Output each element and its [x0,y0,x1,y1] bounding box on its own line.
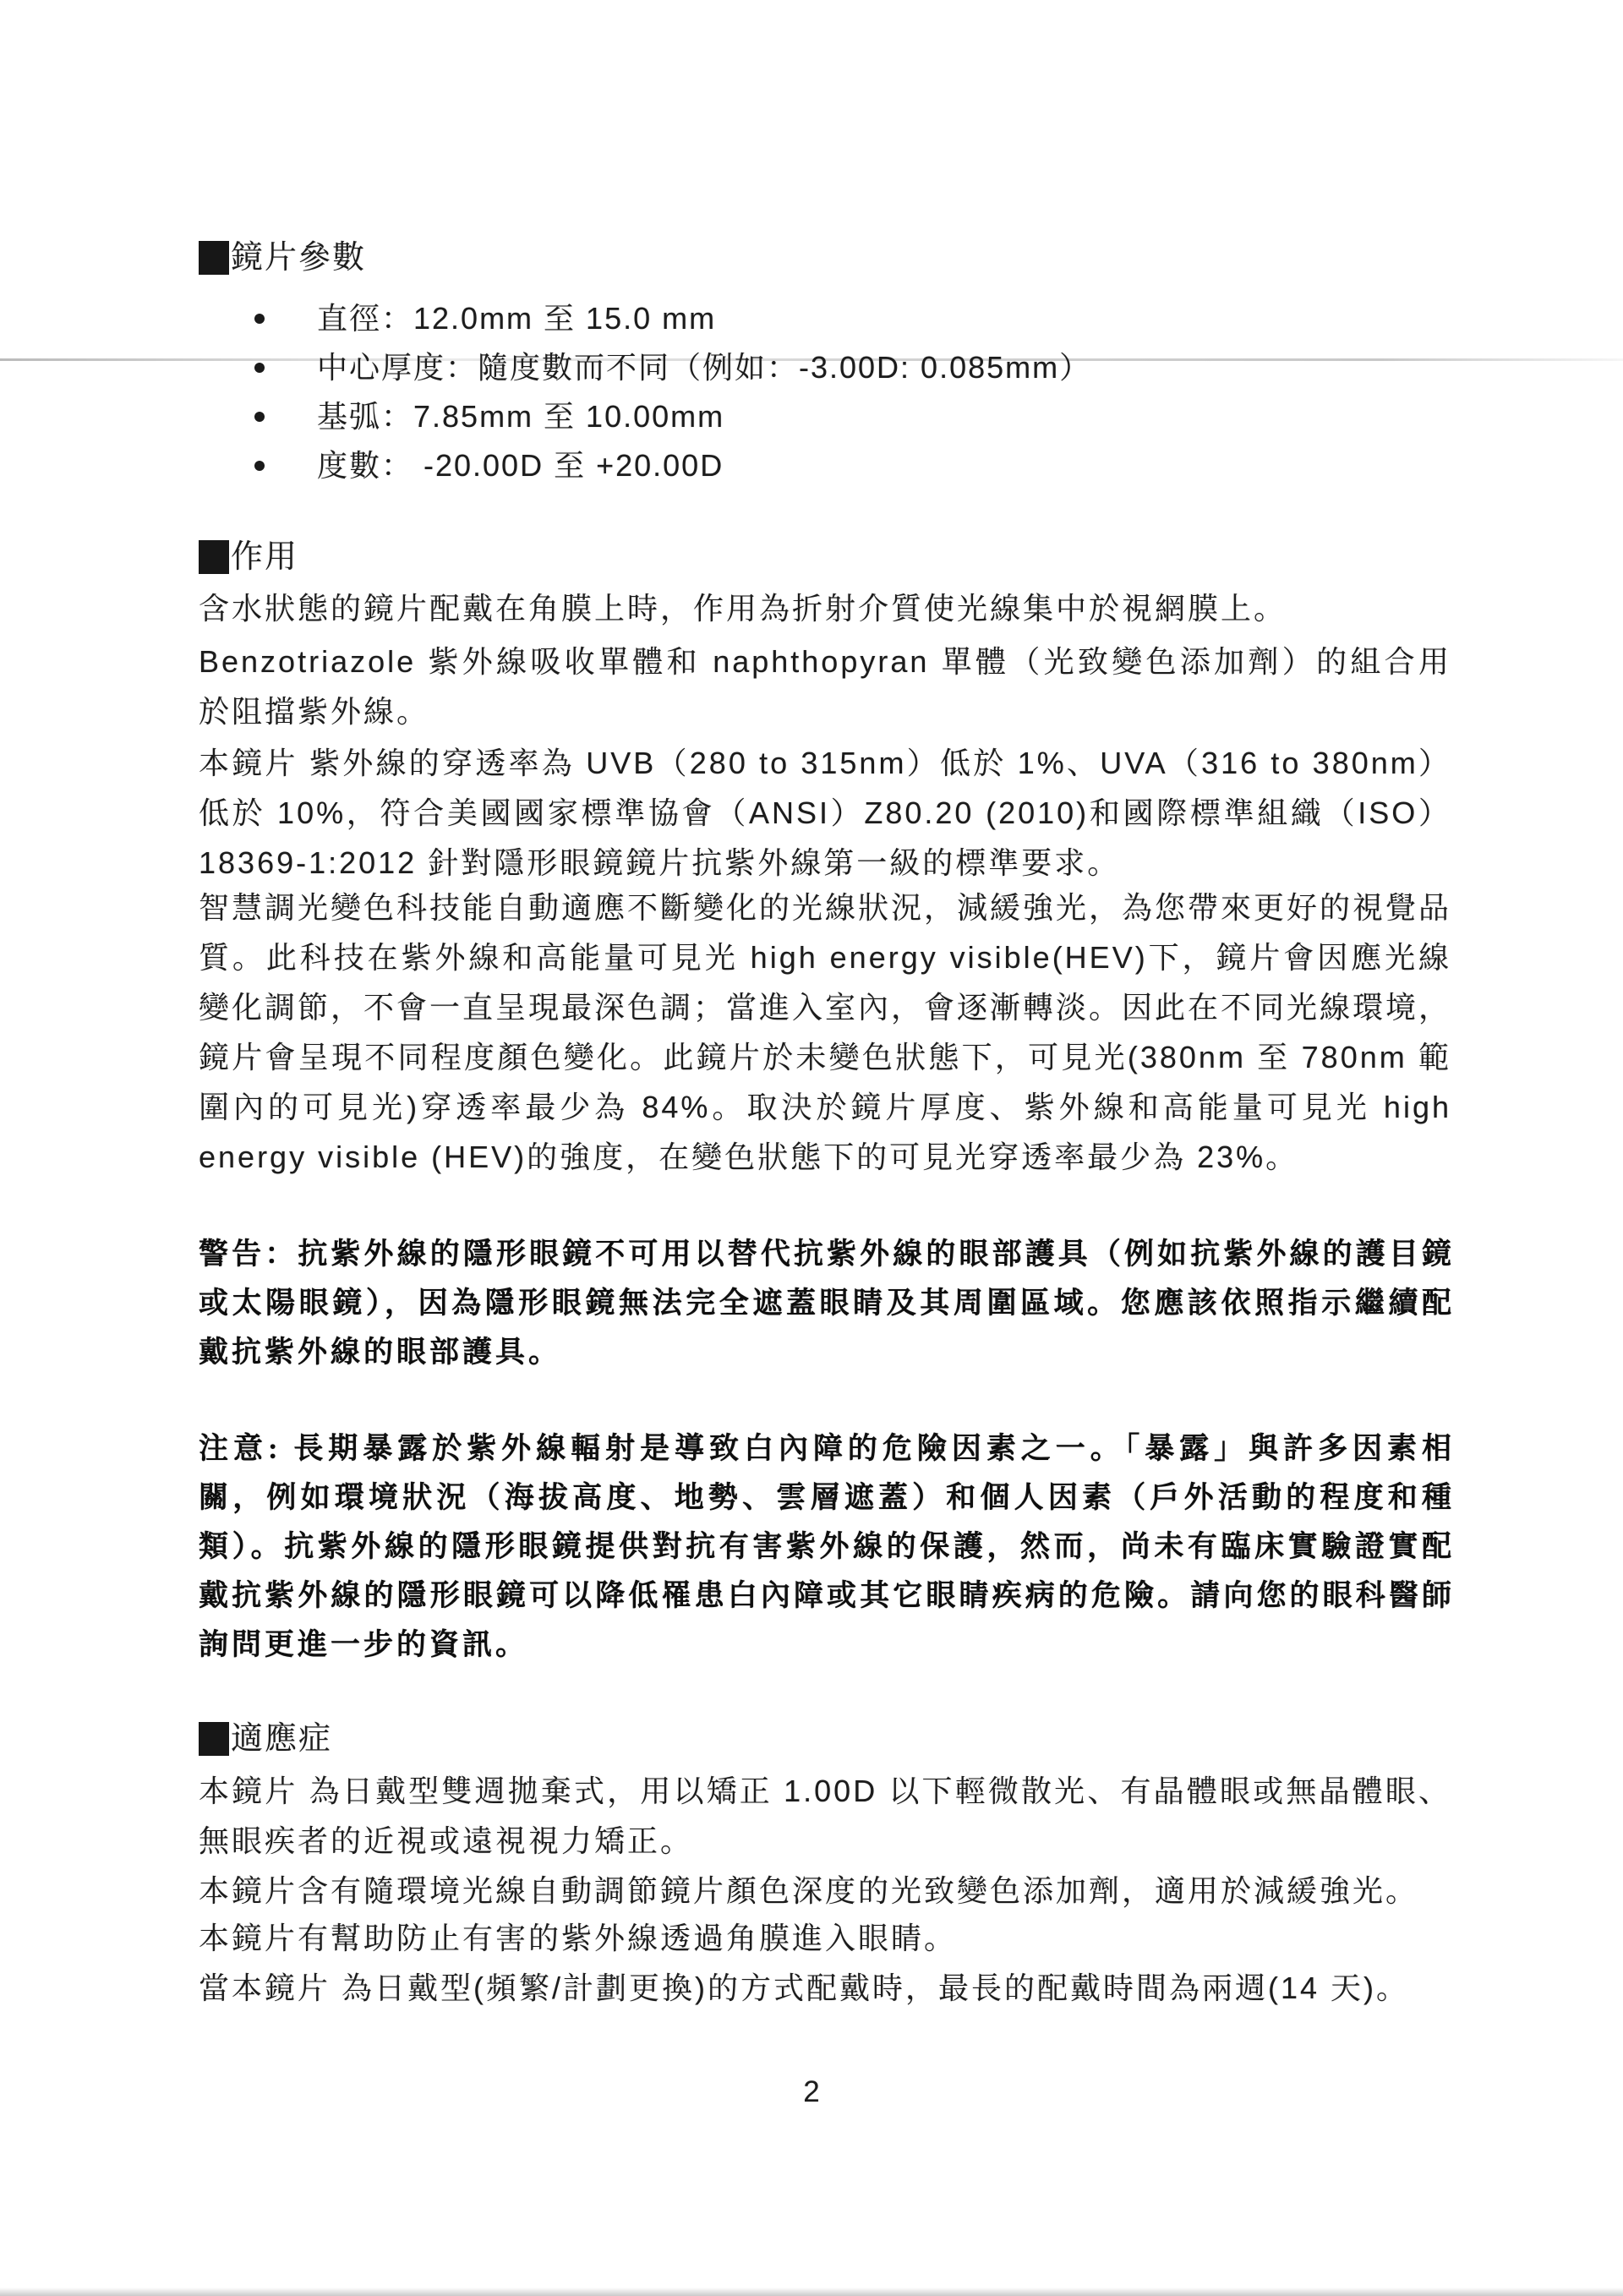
section-marker-icon [199,540,229,574]
scan-edge-bottom [0,2288,1623,2296]
list-item-text: 度數： -20.00D 至 +20.00D [317,448,724,483]
function-paragraph-1: 含水狀態的鏡片配戴在角膜上時，作用為折射介質使光線集中於視網膜上。 [199,583,1451,633]
list-item-power: 度數： -20.00D 至 +20.00D [199,441,1451,490]
section-title-lens-parameters: 鏡片參數 [231,238,366,277]
function-paragraph-3: 本鏡片 紫外線的穿透率為 UVB（280 to 315nm）低於 1%、UVA（… [199,738,1451,888]
list-item-text: 基弧：7.85mm 至 10.00mm [317,399,724,434]
list-item-base-curve: 基弧：7.85mm 至 10.00mm [199,392,1451,441]
bullet-icon [254,363,265,373]
bullet-icon [254,314,265,324]
bullet-icon [254,461,265,471]
section-heading-function: 作用 [199,538,298,577]
page-number: 2 [0,2075,1623,2109]
section-heading-lens-parameters: 鏡片參數 [199,238,366,277]
warning-block: 警告：抗紫外線的隱形眼鏡不可用以替代抗紫外線的眼部護具（例如抗紫外線的護目鏡或太… [199,1230,1455,1377]
section-title-function: 作用 [231,538,298,577]
scanned-document-page: 鏡片參數 直徑：12.0mm 至 15.0 mm 中心厚度：隨度數而不同（例如：… [0,0,1623,2296]
function-paragraph-4: 智慧調光變色科技能自動適應不斷變化的光線狀況，減緩強光，為您帶來更好的視覺品質。… [199,883,1451,1182]
caution-block: 注意: 長期暴露於紫外線輻射是導致白內障的危險因素之一。「暴露」與許多因素相關，… [199,1424,1455,1670]
section-marker-icon [199,241,229,275]
indications-paragraph-2: 本鏡片含有隨環境光線自動調節鏡片顏色深度的光致變色添加劑，適用於減緩強光。 [199,1866,1451,1916]
function-paragraph-2: Benzotriazole 紫外線吸收單體和 naphthopyran 單體（光… [199,637,1451,736]
list-item-diameter: 直徑：12.0mm 至 15.0 mm [199,294,1451,343]
section-title-indications: 適應症 [231,1719,332,1758]
indications-paragraph-1: 本鏡片 為日戴型雙週拋棄式，用以矯正 1.00D 以下輕微散光、有晶體眼或無晶體… [199,1766,1451,1866]
bullet-icon [254,412,265,422]
list-item-text: 中心厚度：隨度數而不同（例如：-3.00D: 0.085mm） [317,350,1091,385]
list-item-text: 直徑：12.0mm 至 15.0 mm [317,301,716,336]
section-marker-icon [199,1722,229,1756]
indications-paragraph-3: 本鏡片有幫助防止有害的紫外線透過角膜進入眼睛。 [199,1913,1451,1963]
section-heading-indications: 適應症 [199,1719,332,1758]
indications-paragraph-4: 當本鏡片 為日戴型(頻繁/計劃更換)的方式配戴時，最長的配戴時間為兩週(14 天… [199,1963,1451,2013]
lens-parameter-list: 直徑：12.0mm 至 15.0 mm 中心厚度：隨度數而不同（例如：-3.00… [199,294,1451,490]
list-item-center-thickness: 中心厚度：隨度數而不同（例如：-3.00D: 0.085mm） [199,343,1451,392]
